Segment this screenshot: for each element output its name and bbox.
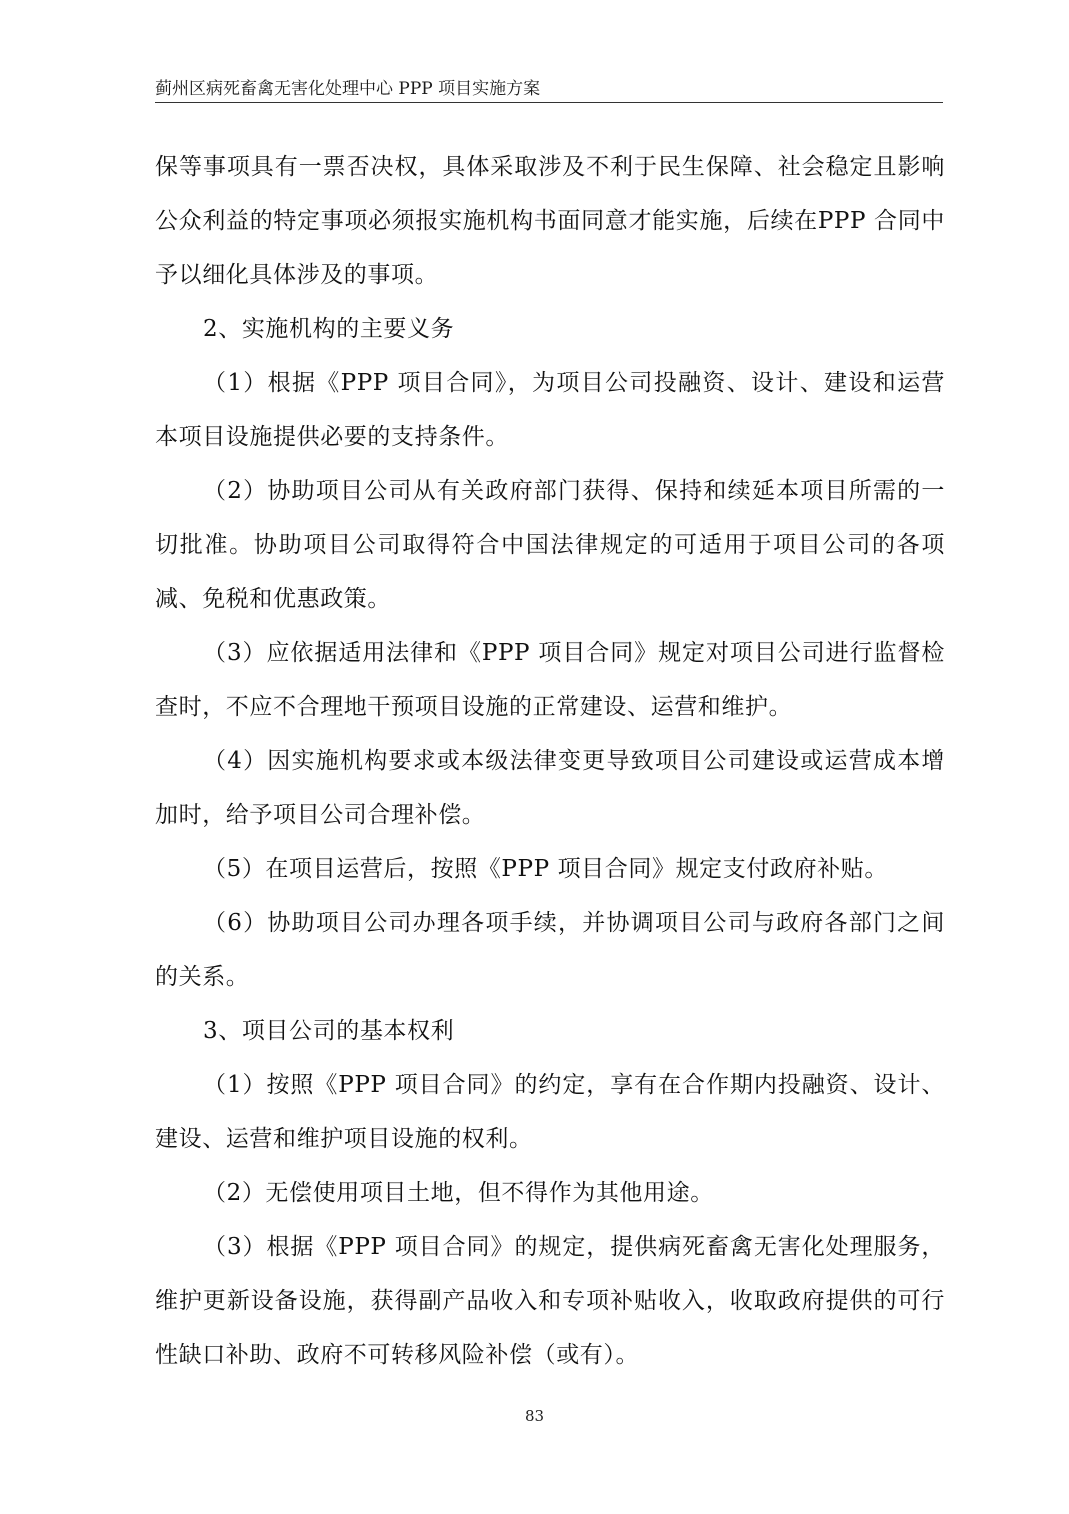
page-header: 蓟州区病死畜禽无害化处理中心 PPP 项目实施方案: [155, 76, 943, 103]
section-heading-project-company-rights: 3、项目公司的基本权利: [155, 1004, 945, 1058]
page-number: 83: [0, 1406, 1069, 1426]
paragraph-obligation-2: （2）协助项目公司从有关政府部门获得、保持和续延本项目所需的一切批准。协助项目公…: [155, 464, 945, 626]
paragraph-right-2: （2）无偿使用项目土地，但不得作为其他用途。: [155, 1166, 945, 1220]
paragraph-right-1: （1）按照《PPP 项目合同》的约定，享有在合作期内投融资、设计、建设、运营和维…: [155, 1058, 945, 1166]
paragraph-obligation-6: （6）协助项目公司办理各项手续，并协调项目公司与政府各部门之间的关系。: [155, 896, 945, 1004]
paragraph-obligation-3: （3）应依据适用法律和《PPP 项目合同》规定对项目公司进行监督检查时，不应不合…: [155, 626, 945, 734]
paragraph-obligation-1: （1）根据《PPP 项目合同》，为项目公司投融资、设计、建设和运营本项目设施提供…: [155, 356, 945, 464]
paragraph-obligation-5: （5）在项目运营后，按照《PPP 项目合同》规定支付政府补贴。: [155, 842, 945, 896]
page-body: 保等事项具有一票否决权，具体采取涉及不利于民生保障、社会稳定且影响公众利益的特定…: [155, 140, 945, 1382]
document-title: 蓟州区病死畜禽无害化处理中心 PPP 项目实施方案: [155, 79, 540, 99]
paragraph-obligation-4: （4）因实施机构要求或本级法律变更导致项目公司建设或运营成本增加时，给予项目公司…: [155, 734, 945, 842]
section-heading-implementing-agency-obligations: 2、实施机构的主要义务: [155, 302, 945, 356]
paragraph-continuation: 保等事项具有一票否决权，具体采取涉及不利于民生保障、社会稳定且影响公众利益的特定…: [155, 140, 945, 302]
paragraph-right-3: （3）根据《PPP 项目合同》的规定，提供病死畜禽无害化处理服务，维护更新设备设…: [155, 1220, 945, 1382]
